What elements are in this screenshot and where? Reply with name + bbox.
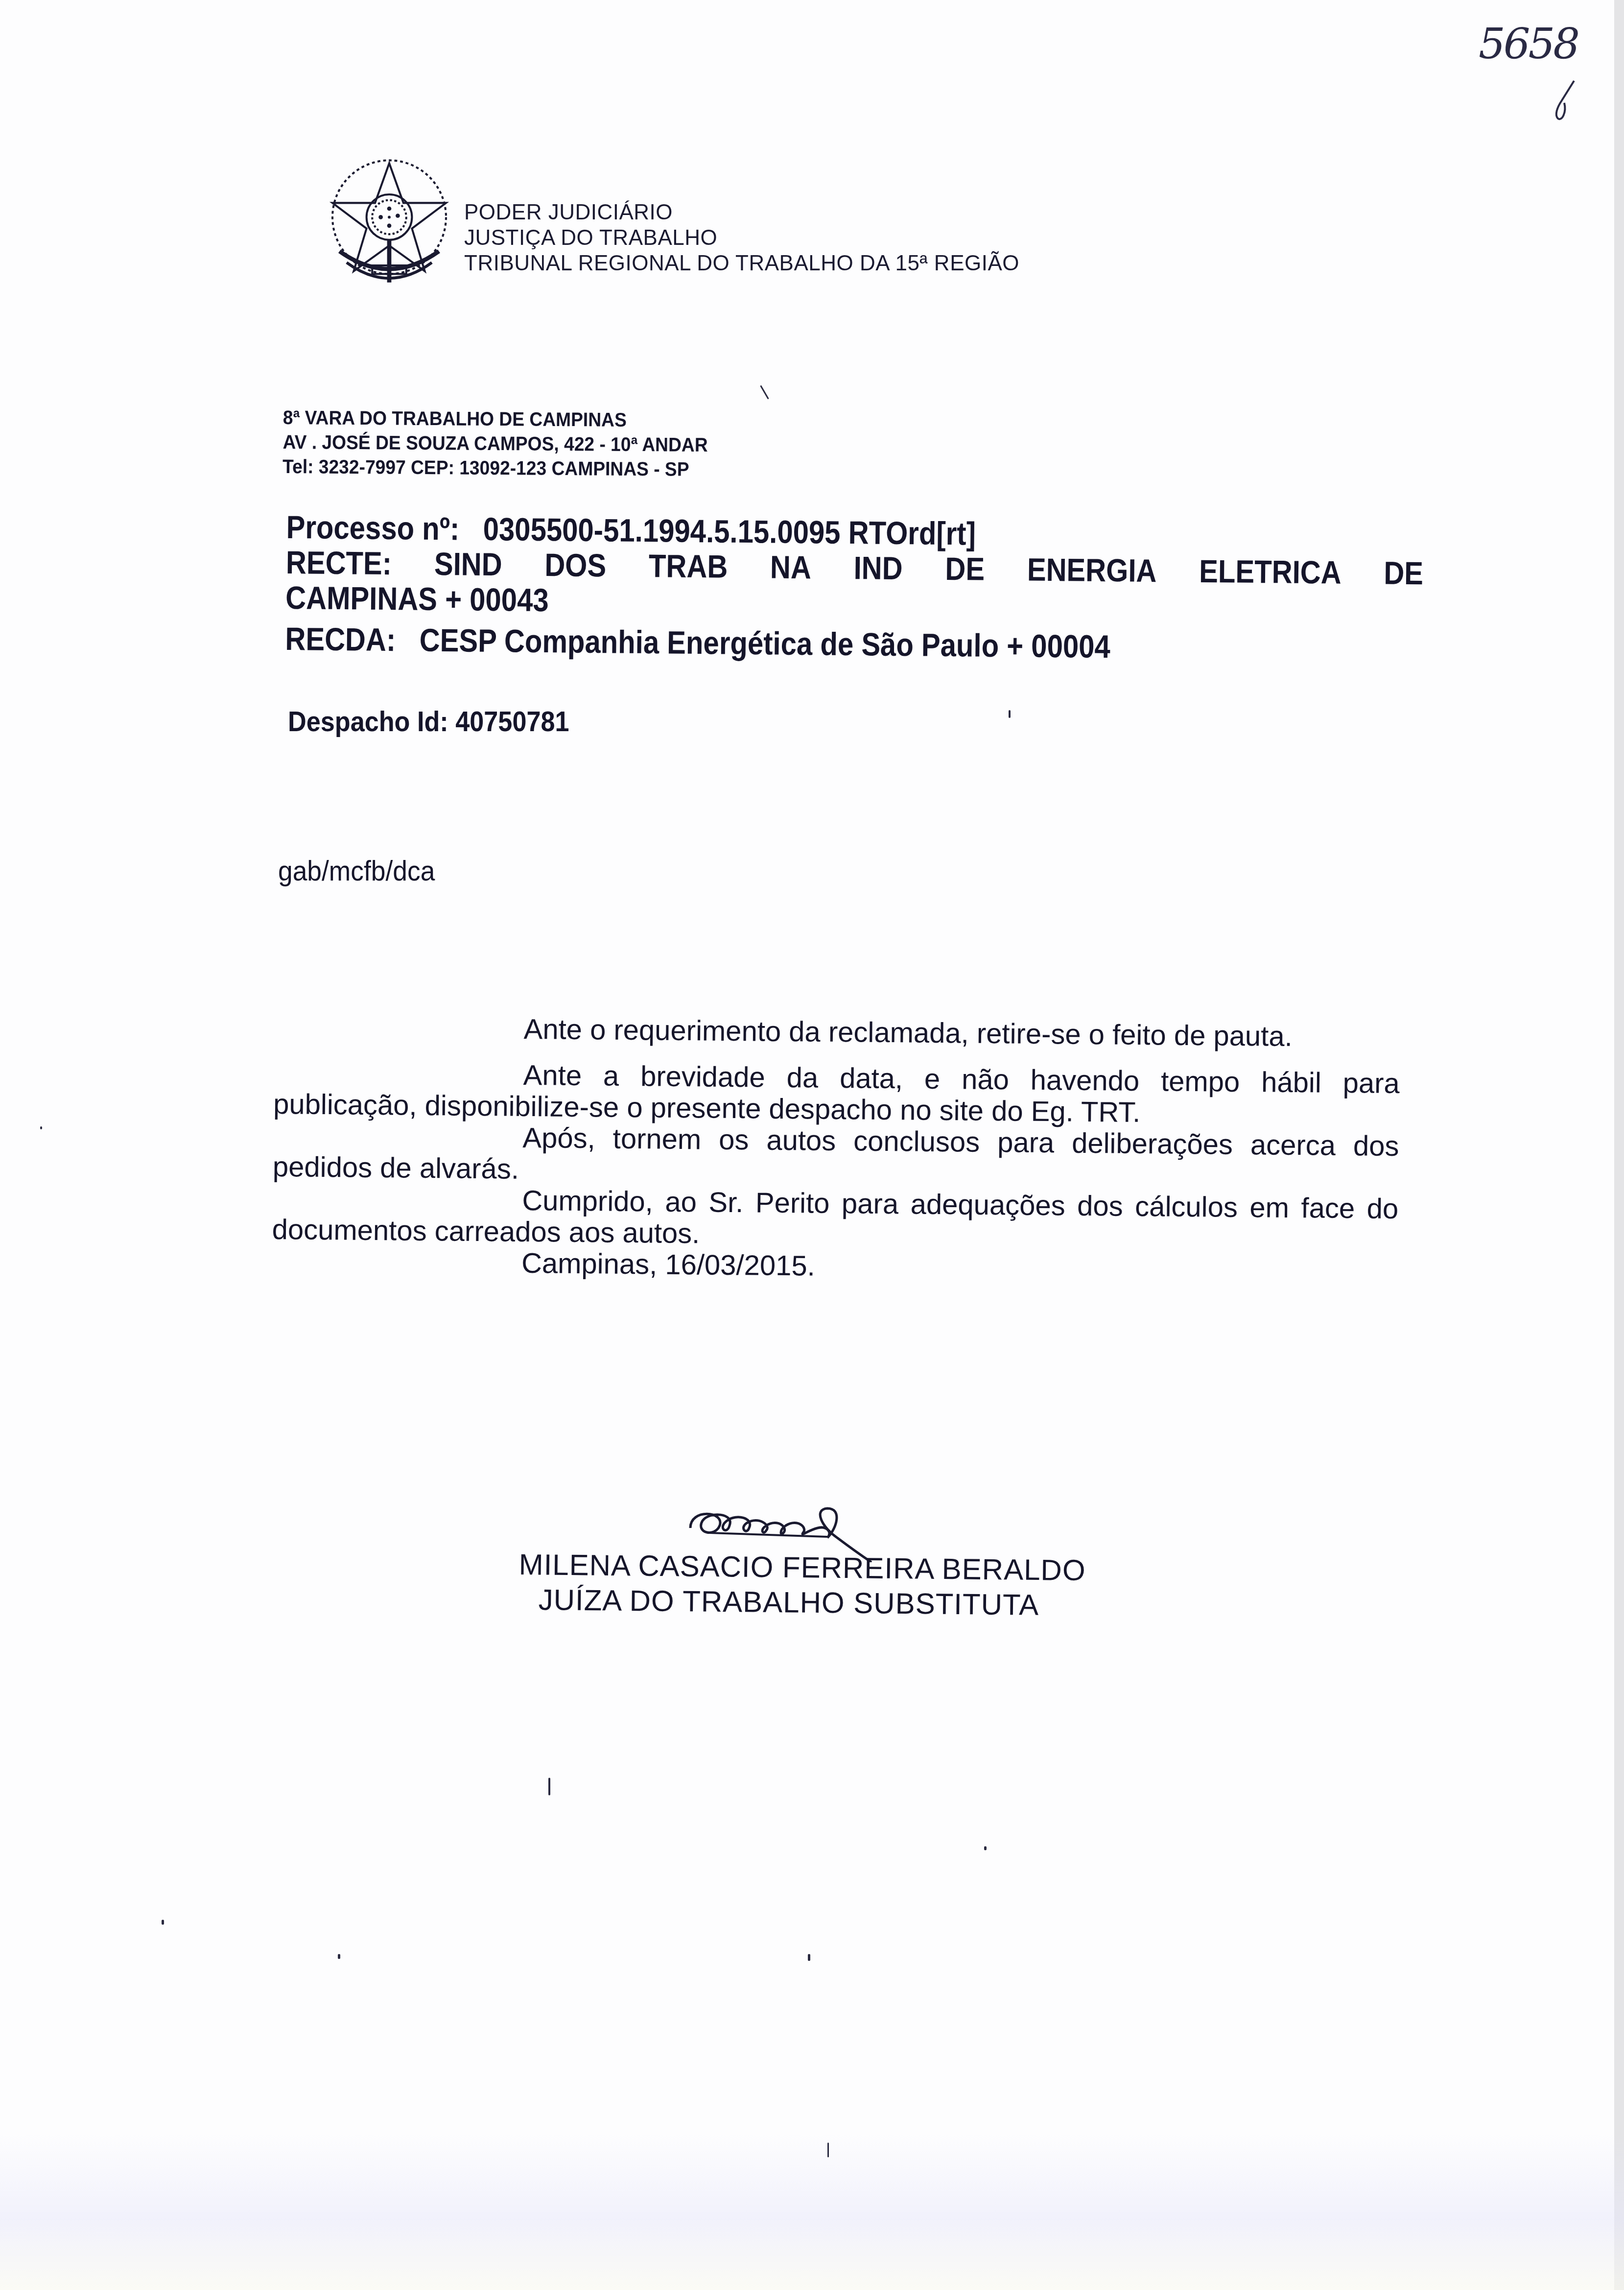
claimant-label: RECTE: bbox=[286, 545, 392, 581]
header-line-judiciary: PODER JUDICIÁRIO bbox=[464, 200, 1019, 225]
brazil-coat-of-arms-icon bbox=[318, 152, 460, 294]
respondent-name: CESP Companhia Energética de São Paulo +… bbox=[419, 622, 1110, 665]
scan-tint bbox=[0, 2133, 1624, 2290]
court-header: PODER JUDICIÁRIO JUSTIÇA DO TRABALHO TRI… bbox=[464, 200, 1019, 276]
scan-speck bbox=[808, 1954, 810, 1961]
case-number: 0305500-51.1994.5.15.0095 RTOrd[rt] bbox=[483, 511, 976, 552]
office-reference: gab/mcfb/dca bbox=[278, 855, 435, 887]
dispatch-id-value: 40750781 bbox=[455, 706, 569, 738]
dispatch-body: Ante o requerimento da reclamada, retire… bbox=[272, 1011, 1400, 1288]
scan-speck bbox=[162, 1920, 164, 1925]
folio-stamp: 5658 bbox=[1479, 20, 1578, 69]
paragraph: Cumprido, ao Sr. Perito para adequações … bbox=[272, 1183, 1398, 1256]
judge-title: JUÍZA DO TRABALHO SUBSTITUTA bbox=[538, 1583, 1039, 1622]
dispatch-id: Despacho Id: 40750781 bbox=[288, 705, 569, 738]
paragraph: Após, tornem os autos conclusos para del… bbox=[273, 1120, 1399, 1193]
rubric-icon bbox=[1552, 78, 1577, 122]
scan-speck bbox=[338, 1954, 340, 1959]
case-number-label: Processo nº: bbox=[286, 509, 459, 547]
judge-name: MILENA CASACIO FERREIRA BERALDO bbox=[518, 1548, 1086, 1587]
vara-address: AV . JOSÉ DE SOUZA CAMPOS, 422 - 10ª AND… bbox=[282, 430, 707, 457]
header-line-labor-justice: JUSTIÇA DO TRABALHO bbox=[464, 225, 1019, 251]
scan-speck bbox=[40, 1126, 42, 1129]
paragraph: Ante a brevidade da data, e não havendo … bbox=[273, 1057, 1400, 1131]
scan-speck bbox=[1009, 710, 1011, 718]
court-address-block: 8ª VARA DO TRABALHO DE CAMPINAS AV . JOS… bbox=[282, 406, 740, 482]
scan-speck bbox=[548, 1778, 550, 1795]
scan-speck bbox=[827, 2143, 829, 2157]
header-line-regional-court: TRIBUNAL REGIONAL DO TRABALHO DA 15ª REG… bbox=[464, 251, 1019, 276]
vara-name: 8ª VARA DO TRABALHO DE CAMPINAS bbox=[283, 406, 708, 433]
folio-number: 5658 bbox=[1479, 20, 1578, 69]
dispatch-id-label: Despacho Id: bbox=[288, 706, 448, 738]
scan-speck bbox=[984, 1846, 987, 1850]
vara-contact: Tel: 3232-7997 CEP: 13092-123 CAMPINAS -… bbox=[282, 454, 707, 482]
scan-speck bbox=[760, 385, 769, 399]
case-info: Processo nº: 0305500-51.1994.5.15.0095 R… bbox=[285, 509, 1427, 667]
respondent-label: RECDA: bbox=[285, 620, 396, 658]
scan-edge bbox=[1614, 0, 1624, 2290]
